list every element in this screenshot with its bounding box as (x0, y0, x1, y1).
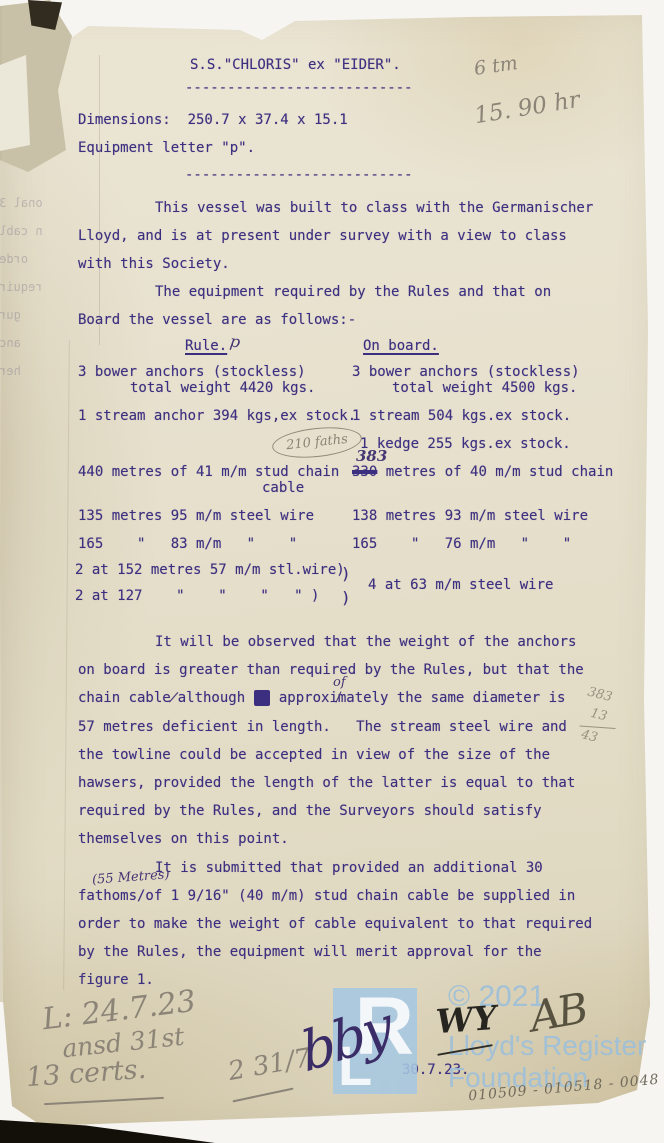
paragraph-line: It will be observed that the weight of t… (155, 634, 576, 651)
paragraph-line: required by the Rules, and the Surveyors… (78, 803, 542, 820)
equipment-letter-line: Equipment letter "p". (78, 140, 255, 157)
bleed-fragment: require (0, 280, 43, 294)
table-cell: total weight 4500 kgs. (392, 380, 577, 397)
table-cell: cable (262, 480, 304, 497)
paragraph-line: Board the vessel are as follows:- (78, 312, 356, 329)
divider-dashes: --------------------------- (185, 167, 413, 184)
document-title: S.S."CHLORIS" ex "EIDER". (190, 57, 401, 74)
table-cell: 135 metres 95 m/m steel wire (78, 508, 314, 525)
struck-value: 330 (352, 464, 377, 480)
signature-pencil-ab: AB (526, 984, 589, 1042)
brace-paren: ) (341, 564, 351, 583)
table-cell: 4 at 63 m/m steel wire (368, 577, 553, 594)
paragraph-line: Lloyd, and is at present under survey wi… (78, 228, 567, 245)
chain-length-correction: 383 (356, 447, 387, 465)
paragraph-line-with-edits: chain cable/although of approximately th… (78, 690, 565, 707)
paragraph-line: the towline could be accepted in view of… (78, 747, 550, 764)
paragraph-line: This vessel was built to class with the … (155, 200, 593, 217)
table-cell: 1 stream 504 kgs.ex stock. (352, 408, 571, 425)
table-cell: 3 bower anchors (stockless) (352, 364, 580, 381)
dimensions-line: Dimensions: 250.7 x 37.4 x 15.1 (78, 112, 348, 129)
table-cell: 440 metres of 41 m/m stud chain (78, 464, 339, 481)
bleed-fragment: here (0, 364, 21, 378)
table-cell: 165 " 83 m/m " " (78, 536, 297, 553)
paragraph-line: hawsers, provided the length of the latt… (78, 775, 575, 792)
table-cell: 1 kedge 255 kgs.ex stock. (360, 436, 571, 453)
table-cell: total weight 4420 kgs. (130, 380, 315, 397)
table-cell: 2 at 127 " " " " ) (75, 588, 319, 605)
paragraph-line: 57 metres deficient in length. The strea… (78, 719, 567, 736)
brace-paren: ) (341, 588, 351, 607)
table-cell: 330 metres of 40 m/m stud chain (352, 464, 613, 481)
line-part: although (178, 690, 254, 706)
table-cell: 3 bower anchors (stockless) (78, 364, 306, 381)
table-cell-rest: metres of 40 m/m stud chain (377, 464, 613, 480)
obliterated-word: of (254, 690, 271, 706)
paragraph-line: The equipment required by the Rules and … (155, 284, 551, 301)
paragraph-line: figure 1. (78, 972, 154, 989)
table-header-rule: Rule. (185, 338, 227, 355)
table-header-onboard: On board. (363, 338, 439, 355)
scanned-document-photo: onal 30 n cable order require gure anch … (0, 0, 664, 1143)
table-cell: 1 stream anchor 394 kgs,ex stock. (78, 408, 356, 425)
bleed-fragment: onal 30 (0, 196, 43, 210)
bleed-fragment: n cable (0, 224, 43, 238)
bleed-fragment: order (0, 252, 28, 266)
paragraph-line: order to make the weight of cable equiva… (78, 916, 592, 933)
inserted-word-of: of (333, 675, 346, 690)
bleed-fragment: anch (0, 336, 21, 350)
table-cell: 2 at 152 metres 57 m/m stl.wire) (75, 562, 345, 579)
line-part: chain cable (78, 690, 171, 706)
bleed-fragment: gure (0, 308, 21, 322)
paragraph-line: by the Rules, the equipment will merit a… (78, 944, 542, 961)
paragraph-line: on board is greater than required by the… (78, 662, 584, 679)
paragraph-line: It is submitted that provided an additio… (155, 860, 543, 877)
paragraph-line: themselves on this point. (78, 831, 289, 848)
fathoms-note-text: 210 faths (285, 432, 348, 453)
paragraph-line: with this Society. (78, 256, 230, 273)
divider-dashes: --------------------------- (185, 80, 413, 97)
table-cell: 165 " 76 m/m " " (352, 536, 571, 553)
signature-initials-wy: WY (435, 998, 498, 1041)
table-cell: 138 metres 93 m/m steel wire (352, 508, 588, 525)
paragraph-line: fathoms/of 1 9/16" (40 m/m) stud chain c… (78, 888, 575, 905)
line-part: approximately the same diameter is (270, 690, 565, 706)
paper-crease (99, 55, 100, 345)
